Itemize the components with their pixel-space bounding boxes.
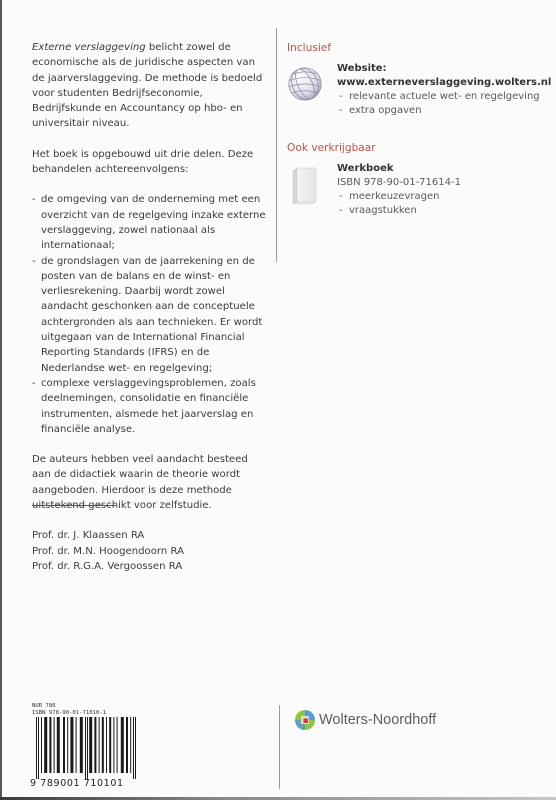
author: Prof. dr. M.N. Hoogendoorn RA [32,544,267,559]
author: Prof. dr. R.G.A. Vergoossen RA [32,559,267,574]
info-column: Inclusief Website: www.externeverslagge [287,40,547,218]
list-item: - extra opgaven [337,104,547,118]
authors-list: Prof. dr. J. Klaassen RA Prof. dr. M.N. … [32,528,267,574]
website-link[interactable]: www.externeverslaggeving.wolters.nl [337,76,547,90]
signature-line [32,505,116,506]
werkboek-title: Werkboek [337,162,547,176]
werkboek-isbn: ISBN 978-90-01-71614-1 [337,176,547,190]
footer-divider [279,705,280,789]
structure-lead: Het boek is opgebouwd uit drie delen. De… [32,149,253,175]
website-label: Website: [337,62,547,76]
list-item: - relevante actuele wet- en regelgeving [337,90,547,104]
description-column: Externe verslaggeving belicht zowel de e… [32,40,267,574]
list-item: de grondslagen van de jaarrekening en de… [32,254,267,376]
barcode-bars [32,717,140,779]
barcode-isbn: ISBN 978-90-01-71010-1 [30,710,142,717]
list-item: - meerkeuzevragen [337,190,547,204]
structure-list: de omgeving van de onderneming met een o… [32,192,267,437]
list-item: - vraagstukken [337,204,547,218]
list-item: de omgeving van de onderneming met een o… [32,192,267,253]
publisher-name: Wolters-Noordhoff [319,712,436,728]
structure-paragraph: Het boek is opgebouwd uit drie delen. De… [32,147,267,178]
column-divider [276,28,277,262]
book-title: Externe verslaggeving [32,42,146,53]
barcode: NUR 786 ISBN 978-90-01-71010-1 9 789001 … [30,703,142,789]
book-icon [291,167,317,205]
page-left-edge [0,0,2,800]
website-item: Website: www.externeverslaggeving.wolter… [287,62,547,134]
author: Prof. dr. J. Klaassen RA [32,528,267,543]
nur-code: NUR 786 [30,703,142,710]
ook-verkrijgbaar-heading: Ook verkrijgbaar [287,140,547,156]
list-item: complexe verslaggevingsproblemen, zoals … [32,376,267,437]
intro-paragraph: Externe verslaggeving belicht zowel de e… [32,40,267,132]
inclusief-heading: Inclusief [287,40,547,56]
globe-icon [287,66,323,102]
intro-text: belicht zowel de economische als de juri… [32,42,262,129]
wolters-kluwer-logo-icon [294,709,316,731]
werkboek-item: Werkboek ISBN 978-90-01-71614-1 - meerke… [287,162,547,218]
barcode-digits: 9 789001 710101 [30,778,142,789]
publisher-logo: Wolters-Noordhoff [294,709,436,731]
